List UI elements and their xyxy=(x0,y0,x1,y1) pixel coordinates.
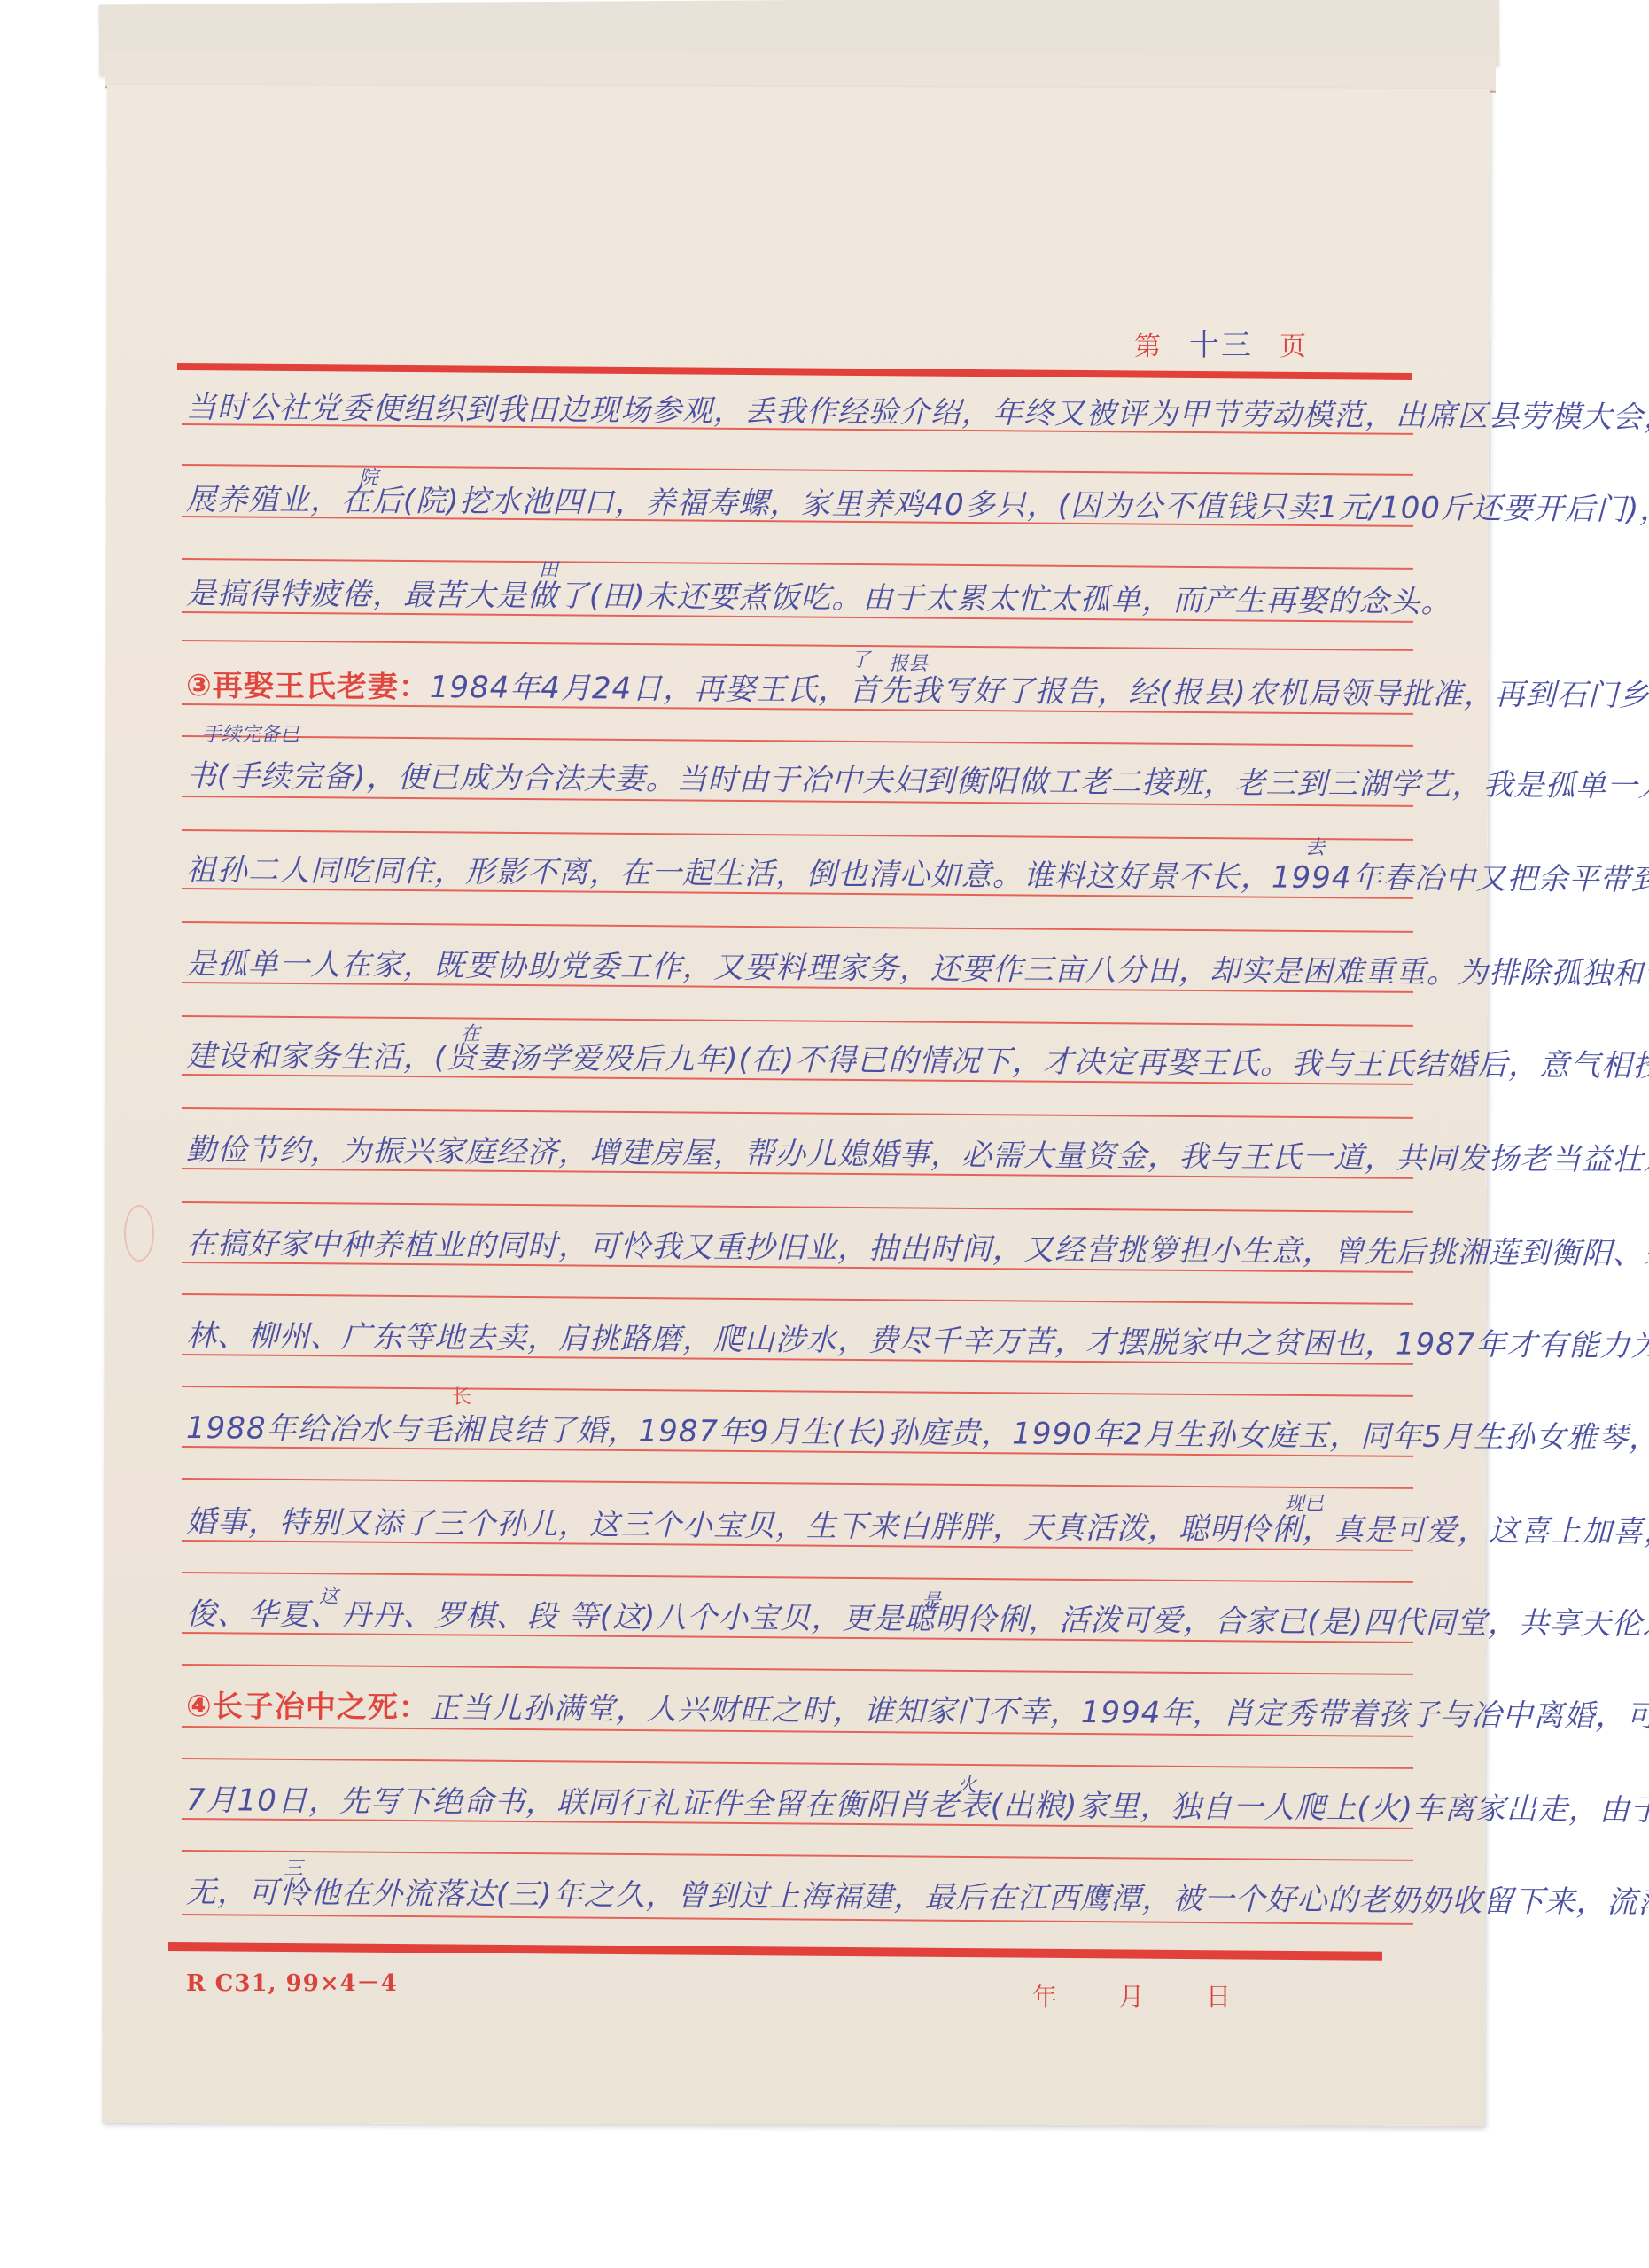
insertion-mark: 三 xyxy=(284,1853,303,1881)
date-year-label: 年 xyxy=(1032,1977,1057,2013)
section-heading-son-death: ④长子冶中之死： xyxy=(186,1689,430,1726)
section-heading-remarriage: ③再娶王氏老妻： xyxy=(186,668,430,705)
insertion-mark-red: 长 xyxy=(452,1382,471,1410)
insertion-mark: 现已 xyxy=(1285,1488,1324,1516)
insertion-mark: 了 xyxy=(851,645,870,672)
ink-bleed-mark xyxy=(124,1205,154,1262)
page-number: 第十三页 xyxy=(1134,321,1308,364)
insertion-mark: 院 xyxy=(359,462,378,490)
insertion-mark: 去 xyxy=(1305,833,1325,860)
insertion-mark: 这 xyxy=(319,1581,338,1609)
date-day-label: 日 xyxy=(1206,1977,1231,2013)
page-number-value: 十三 xyxy=(1189,328,1253,363)
insertion-mark: 火 xyxy=(957,1770,976,1798)
page-number-prefix: 第 xyxy=(1134,331,1163,362)
page-number-suffix: 页 xyxy=(1280,331,1308,362)
date-fields: 年 月 日 xyxy=(1032,1977,1231,2013)
insertion-mark: 在 xyxy=(461,1019,480,1046)
form-code: R C31, 99×4－4 xyxy=(186,1965,398,1998)
insertion-mark: 手续完备已 xyxy=(202,719,299,747)
insertion-mark: 田 xyxy=(539,555,558,582)
insertion-mark: 是 xyxy=(922,1586,941,1613)
insertion-mark: 报县 xyxy=(889,649,928,676)
date-month-label: 月 xyxy=(1119,1977,1144,2013)
